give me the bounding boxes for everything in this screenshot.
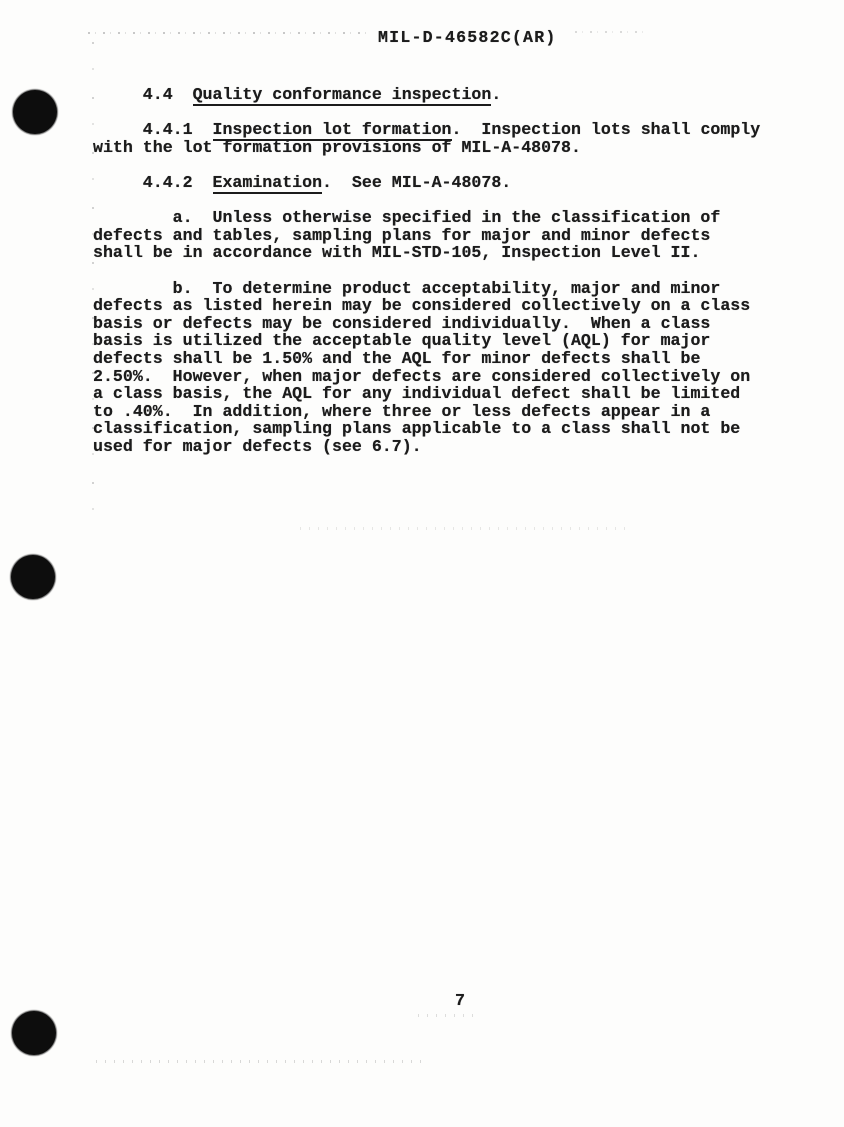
section-number: 4.4 [93, 85, 193, 104]
scanned-document-page: MIL-D-46582C(AR) 4.4 Quality conformance… [0, 0, 844, 1127]
hole-punch-mark-top [13, 90, 57, 134]
section-title-underlined: Quality conformance inspection [193, 85, 492, 106]
scan-artifact-mid-row [300, 527, 630, 530]
section-text: . [491, 85, 501, 104]
subparagraph-b: b. To determine product acceptability, m… [93, 280, 813, 456]
section-heading-4-4: 4.4 Quality conformance inspection. [93, 86, 813, 104]
scan-artifact-below-page-number [418, 1014, 473, 1017]
paragraph-text: b. To determine product acceptability, m… [93, 279, 750, 456]
hole-punch-mark-bottom [12, 1011, 56, 1055]
section-text: . See MIL-A-48078. [322, 173, 511, 192]
document-body: 4.4 Quality conformance inspection. 4.4.… [93, 86, 813, 473]
section-title-underlined: Examination [213, 173, 323, 194]
section-number: 4.4.1 [93, 120, 213, 139]
section-paragraph-4-4-1: 4.4.1 Inspection lot formation. Inspecti… [93, 121, 813, 156]
hole-punch-mark-middle [11, 555, 55, 599]
subparagraph-a: a. Unless otherwise specified in the cla… [93, 209, 813, 262]
document-id-header: MIL-D-46582C(AR) [378, 29, 557, 47]
scan-artifact-top-line-left [88, 32, 370, 34]
scan-artifact-top-line-right [575, 31, 650, 33]
section-number: 4.4.2 [93, 173, 213, 192]
scan-artifact-bottom-row [96, 1060, 426, 1063]
section-paragraph-4-4-2: 4.4.2 Examination. See MIL-A-48078. [93, 174, 813, 192]
paragraph-text: a. Unless otherwise specified in the cla… [93, 208, 720, 262]
page-number: 7 [455, 992, 465, 1010]
